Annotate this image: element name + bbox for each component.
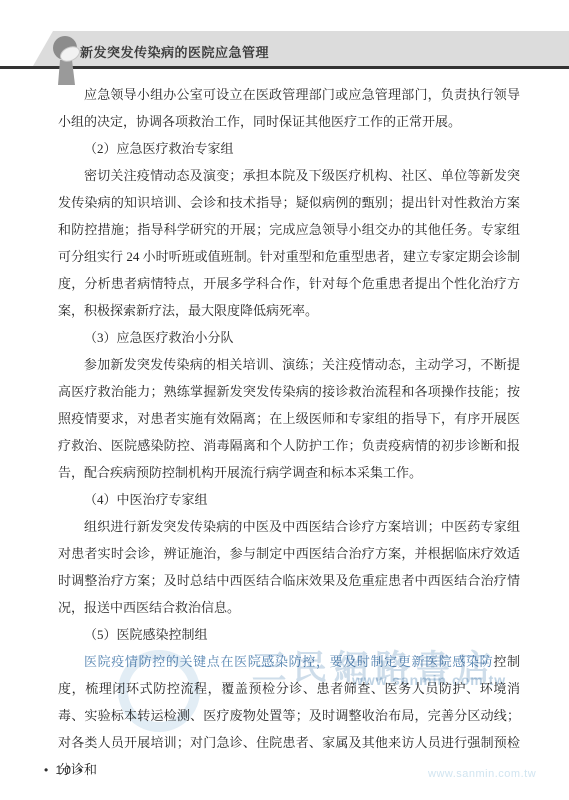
body-paragraph: 组织进行新发突发传染病的中医及中西医结合诊疗方案培训；中医药专家组对患者实时会诊…: [58, 513, 520, 621]
header-rule: [0, 66, 569, 69]
text-segment: 应急领导小组办公室可设立在医政管理部门或应急管理部门，负责执行领导小组的决定，协…: [58, 87, 520, 129]
body-paragraph: 应急领导小组办公室可设立在医政管理部门或应急管理部门，负责执行领导小组的决定，协…: [58, 81, 520, 135]
text-segment: 参加新发突发传染病的相关培训、演练；关注疫情动态，主动学习，不断提高医疗救治能力…: [58, 357, 520, 480]
page-header-title: 新发突发传染病的医院应急管理: [80, 42, 269, 61]
body-paragraph: 参加新发突发传染病的相关培训、演练；关注疫情动态，主动学习，不断提高医疗救治能力…: [58, 351, 520, 486]
text-segment: （3）应急医疗救治小分队: [84, 330, 234, 345]
text-segment: （2）应急医疗救治专家组: [84, 141, 234, 156]
section-heading: （2）应急医疗救治专家组: [58, 135, 520, 162]
text-segment: 控制度，梳理闭环式防控流程，覆盖预检分诊、患者筛查、医务人员防护、环境消毒、实验…: [58, 654, 520, 777]
text-segment: 密切关注疫情动态及演变；承担本院及下级医疗机构、社区、单位等新发突发传染病的知识…: [58, 168, 520, 318]
book-page: 新发突发传染病的医院应急管理 应急领导小组办公室可设立在医政管理部门或应急管理部…: [0, 0, 569, 800]
text-segment: 组织进行新发突发传染病的中医及中西医结合诊疗方案培训；中医药专家组对患者实时会诊…: [58, 519, 520, 615]
section-heading: （5）医院感染控制组: [58, 621, 520, 648]
section-heading: （3）应急医疗救治小分队: [58, 324, 520, 351]
text-segment: （4）中医治疗专家组: [84, 492, 208, 507]
masked-head-icon: [49, 33, 83, 85]
body-paragraph: 密切关注疫情动态及演变；承担本院及下级医疗机构、社区、单位等新发突发传染病的知识…: [58, 162, 520, 324]
page-body: 应急领导小组办公室可设立在医政管理部门或应急管理部门，负责执行领导小组的决定，协…: [58, 81, 520, 783]
text-segment: （5）医院感染控制组: [84, 627, 208, 642]
body-paragraph: 医院疫情防控的关键点在医院感染防控，要及时制定更新医院感染防控制度，梳理闭环式防…: [58, 648, 520, 783]
section-heading: （4）中医治疗专家组: [58, 486, 520, 513]
text-segment: 医院疫情防控的关键点在医院感染防控，要及时制定更新医院感染防: [84, 654, 493, 669]
